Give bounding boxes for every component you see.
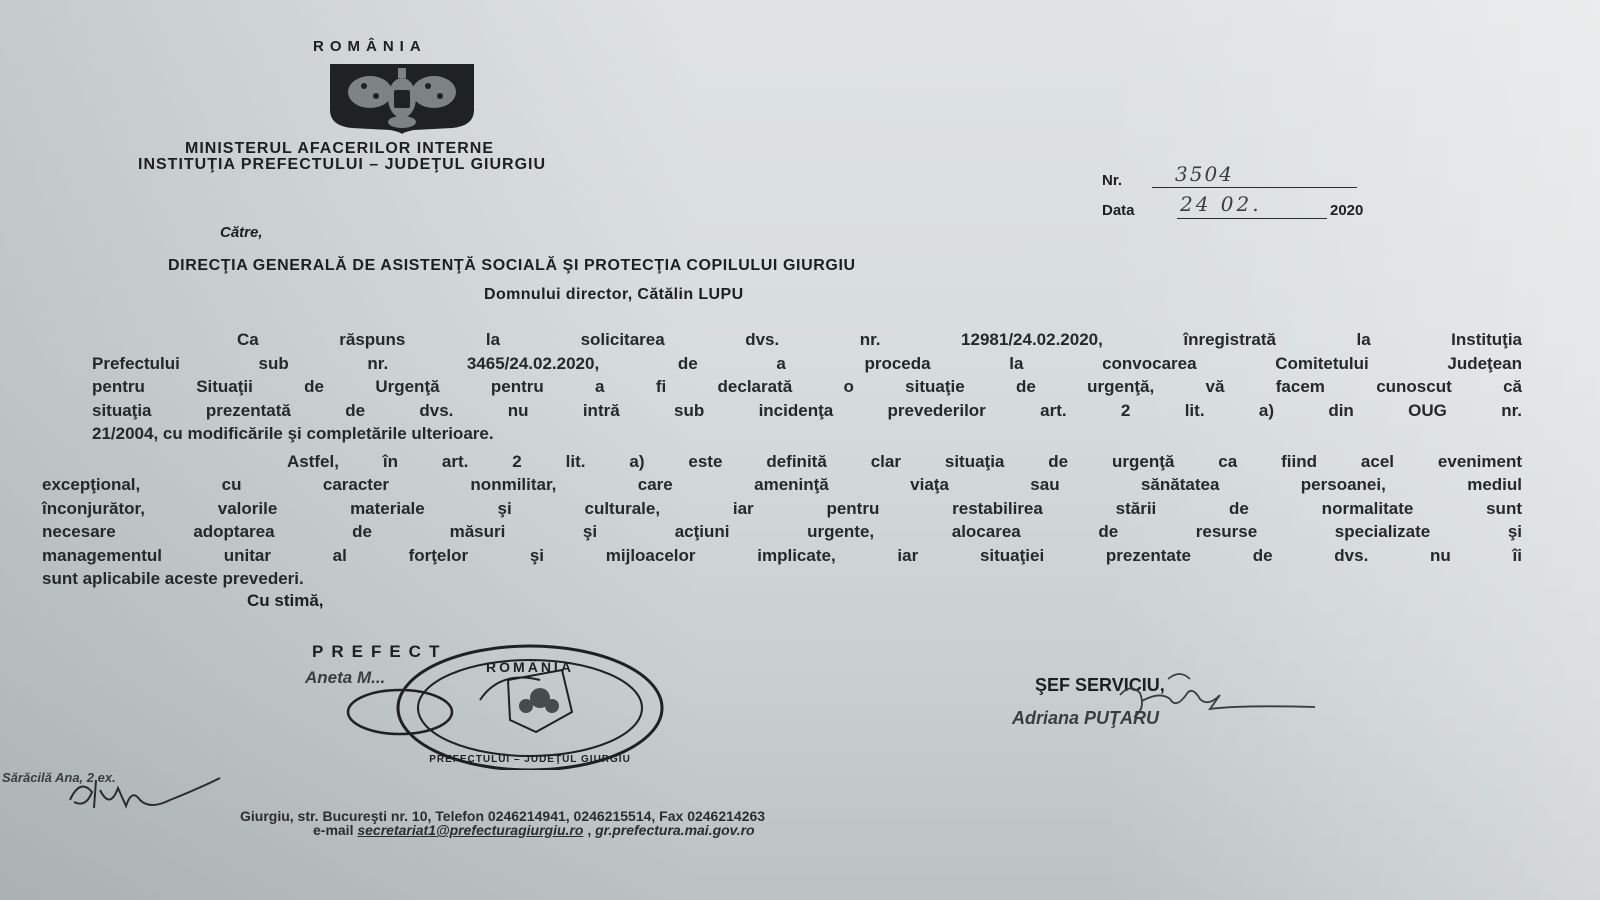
date-year: 2020: [1330, 202, 1363, 219]
text-line: pentru Situaţii de Urgenţă pentru a fi d…: [92, 375, 1522, 399]
text-line: Astfel, în art. 2 lit. a) este definită …: [42, 450, 1522, 474]
text-line: necesare adoptarea de măsuri şi acţiuni …: [42, 520, 1522, 544]
registration-number-line: [1152, 187, 1357, 188]
initials-signature-icon: [60, 770, 230, 815]
paragraph-1: Ca răspuns la solicitarea dvs. nr. 12981…: [92, 328, 1522, 446]
text-line: Ca răspuns la solicitarea dvs. nr. 12981…: [92, 328, 1522, 352]
text-line: sunt aplicabile aceste prevederi.: [42, 567, 1522, 591]
country-heading: ROMÂNIA: [313, 38, 427, 55]
email-label: e-mail: [313, 822, 353, 838]
text-line: situaţia prezentată de dvs. nu intră sub…: [92, 399, 1522, 423]
text-line: Prefectului sub nr. 3465/24.02.2020, de …: [92, 352, 1522, 376]
separator: ,: [587, 822, 591, 838]
paragraph-2: Astfel, în art. 2 lit. a) este definită …: [42, 450, 1522, 591]
handwritten-signature-icon: [1090, 665, 1320, 725]
text-line: managementul unitar al forţelor şi mijlo…: [42, 544, 1522, 568]
official-round-stamp-icon: ROMÂNIA PREFECTULUI – JUDEŢUL GIURGIU: [340, 640, 670, 770]
recipient-department: DIRECŢIA GENERALĂ DE ASISTENŢĂ SOCIALĂ Ş…: [168, 257, 856, 275]
closing-salutation: Cu stimă,: [247, 591, 324, 611]
to-label: Către,: [220, 224, 263, 241]
romanian-coat-of-arms-icon: [328, 62, 476, 134]
text-line: excepţional, cu caracter nonmilitar, car…: [42, 473, 1522, 497]
text-line: înconjurător, valorile materiale şi cult…: [42, 497, 1522, 521]
email-link[interactable]: secretariat1@prefecturagiurgiu.ro: [357, 822, 583, 838]
svg-text:ROMÂNIA: ROMÂNIA: [486, 658, 574, 675]
date-handwritten: 24 02.: [1180, 192, 1262, 216]
website-link[interactable]: gr.prefectura.mai.gov.ro: [595, 822, 755, 838]
date-line: [1177, 218, 1327, 219]
svg-text:PREFECTULUI – JUDEŢUL GIURGIU: PREFECTULUI – JUDEŢUL GIURGIU: [429, 754, 631, 765]
letter-body: Ca răspuns la solicitarea dvs. nr. 12981…: [42, 328, 1522, 591]
institution-name: INSTITUŢIA PREFECTULUI – JUDEŢUL GIURGIU: [138, 156, 546, 174]
date-label: Data: [1102, 202, 1135, 219]
recipient-name: Domnului director, Cătălin LUPU: [484, 286, 744, 304]
registration-number-value: 3504: [1175, 162, 1234, 186]
footer-contact: e-mail secretariat1@prefecturagiurgiu.ro…: [313, 822, 755, 838]
text-line: 21/2004, cu modificările şi completările…: [92, 422, 1522, 446]
registration-number-label: Nr.: [1102, 172, 1122, 189]
